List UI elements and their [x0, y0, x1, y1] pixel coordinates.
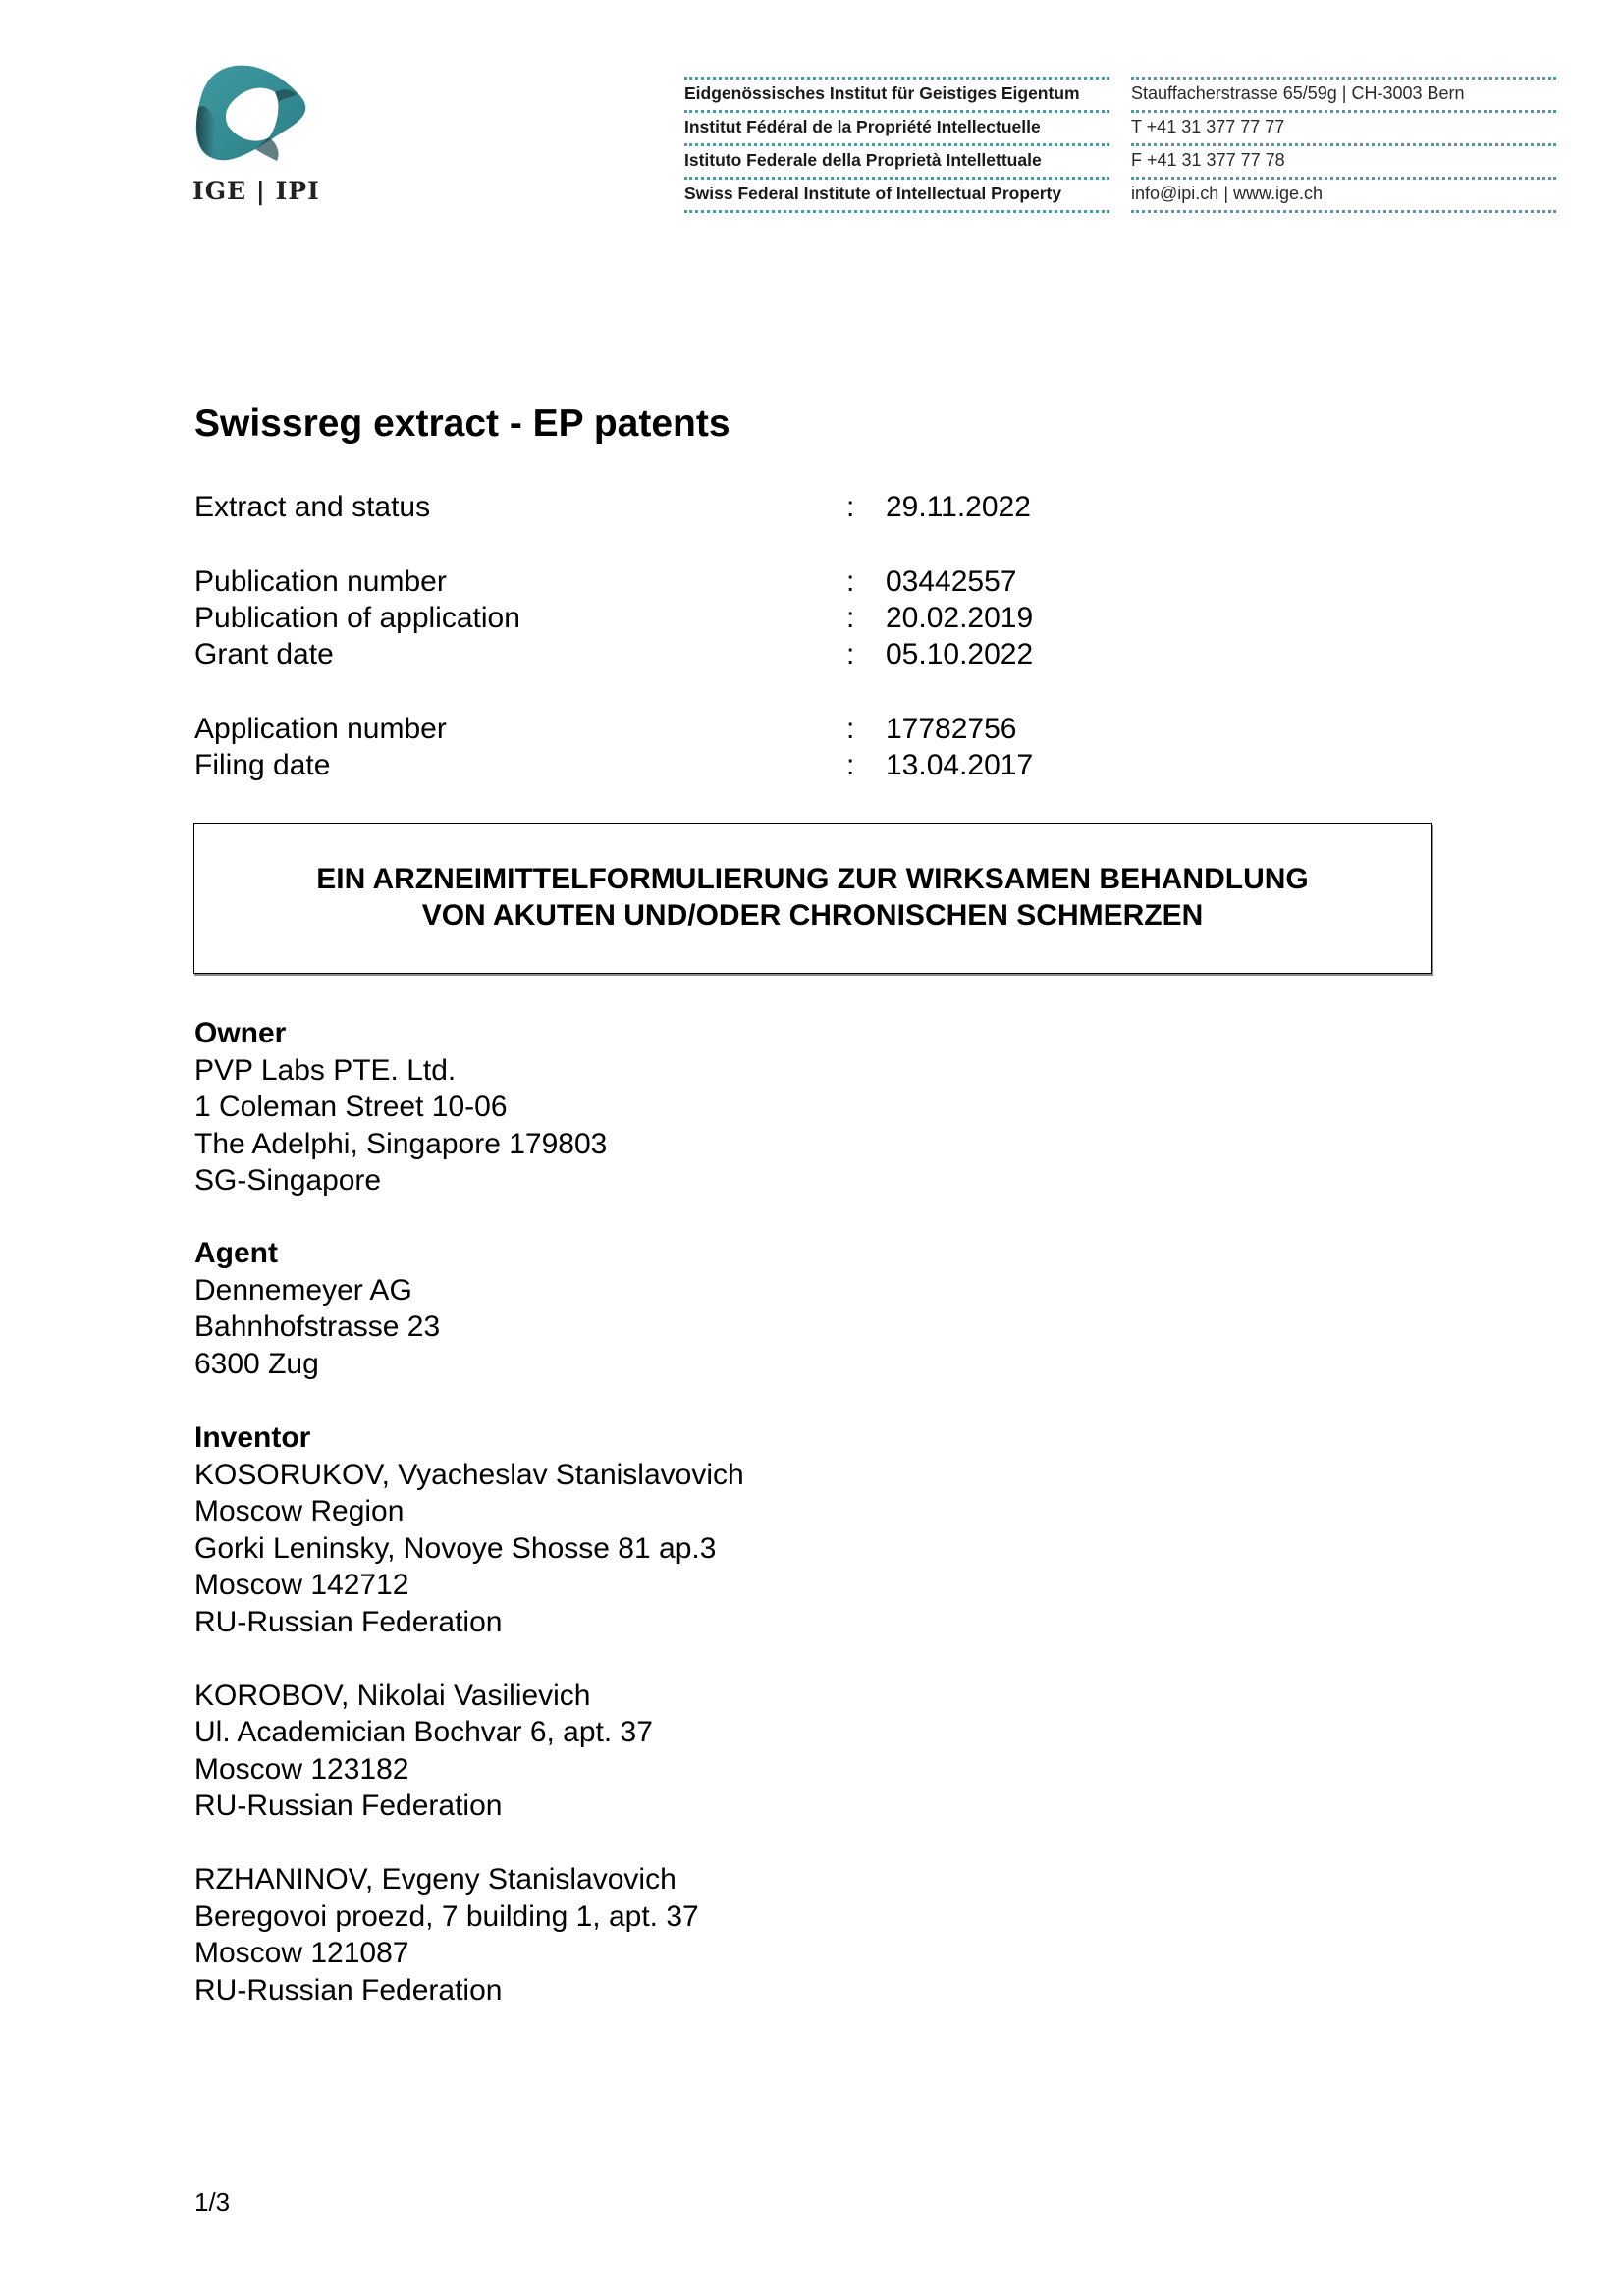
- inventor-entry: KOSORUKOV, Vyacheslav Stanislavovich Mos…: [194, 1457, 744, 1641]
- field-label: Filing date: [194, 747, 330, 783]
- field-value: 20.02.2019: [886, 600, 1033, 636]
- inventor-name: KOROBOV, Nikolai Vasilievich: [194, 1678, 744, 1715]
- field-value: 13.04.2017: [886, 747, 1033, 783]
- owner-line: PVP Labs PTE. Ltd.: [194, 1052, 607, 1090]
- field-value: 17782756: [886, 711, 1016, 747]
- ribbon-logo-icon: [192, 59, 310, 172]
- inventor-heading: Inventor: [194, 1419, 744, 1457]
- agent-line: 6300 Zug: [194, 1346, 440, 1383]
- inventor-entry: RZHANINOV, Evgeny Stanislavovich Beregov…: [194, 1861, 744, 2008]
- institute-names: Eidgenössisches Institut für Geistiges E…: [684, 77, 1109, 213]
- contact-fax: F +41 31 377 77 78: [1131, 143, 1556, 177]
- field-label: Extract and status: [194, 489, 430, 525]
- owner-line: 1 Coleman Street 10-06: [194, 1089, 607, 1126]
- page-title: Swissreg extract - EP patents: [194, 402, 730, 446]
- inventor-address-line: Gorki Leninsky, Novoye Shosse 81 ap.3: [194, 1530, 744, 1568]
- institute-name-de: Eidgenössisches Institut für Geistiges E…: [684, 77, 1109, 110]
- field-separator: :: [846, 747, 854, 783]
- contact-address: Stauffacherstrasse 65/59g | CH-3003 Bern: [1131, 77, 1556, 110]
- inventor-name: KOSORUKOV, Vyacheslav Stanislavovich: [194, 1457, 744, 1494]
- field-value: 03442557: [886, 563, 1016, 600]
- field-label: Publication number: [194, 563, 447, 600]
- contact-email-web: info@ipi.ch | www.ige.ch: [1131, 177, 1556, 213]
- inventor-address-line: Ul. Academician Bochvar 6, apt. 37: [194, 1714, 744, 1751]
- contact-phone: T +41 31 377 77 77: [1131, 110, 1556, 143]
- field-separator: :: [846, 489, 854, 525]
- field-label: Application number: [194, 711, 447, 747]
- agent-section: Agent Dennemeyer AG Bahnhofstrasse 23 63…: [194, 1235, 440, 1382]
- field-value: 29.11.2022: [886, 489, 1031, 525]
- inventor-address-line: RU-Russian Federation: [194, 1972, 744, 2009]
- inventor-address-line: Beregovoi proezd, 7 building 1, apt. 37: [194, 1898, 744, 1936]
- inventor-address-line: Moscow 123182: [194, 1751, 744, 1789]
- inventor-name: RZHANINOV, Evgeny Stanislavovich: [194, 1861, 744, 1898]
- field-separator: :: [846, 600, 854, 636]
- institute-name-it: Istituto Federale della Proprietà Intell…: [684, 143, 1109, 177]
- patent-title-box: EIN ARZNEIMITTELFORMULIERUNG ZUR WIRKSAM…: [193, 823, 1432, 974]
- owner-line: The Adelphi, Singapore 179803: [194, 1126, 607, 1163]
- agent-line: Bahnhofstrasse 23: [194, 1308, 440, 1346]
- institute-name-en: Swiss Federal Institute of Intellectual …: [684, 177, 1109, 213]
- patent-title-line: EIN ARZNEIMITTELFORMULIERUNG ZUR WIRKSAM…: [194, 861, 1431, 897]
- institute-name-fr: Institut Fédéral de la Propriété Intelle…: [684, 110, 1109, 143]
- owner-heading: Owner: [194, 1015, 607, 1052]
- ige-ipi-logo: IGE | IPI: [192, 59, 310, 208]
- owner-section: Owner PVP Labs PTE. Ltd. 1 Coleman Stree…: [194, 1015, 607, 1200]
- inventor-address-line: Moscow 142712: [194, 1567, 744, 1604]
- inventor-address-line: Moscow Region: [194, 1493, 744, 1530]
- field-label: Publication of application: [194, 600, 520, 636]
- field-separator: :: [846, 711, 854, 747]
- field-separator: :: [846, 636, 854, 672]
- field-separator: :: [846, 563, 854, 600]
- inventor-address-line: RU-Russian Federation: [194, 1604, 744, 1641]
- inventor-address-line: RU-Russian Federation: [194, 1788, 744, 1825]
- agent-heading: Agent: [194, 1235, 440, 1272]
- owner-line: SG-Singapore: [194, 1162, 607, 1200]
- inventor-address-line: Moscow 121087: [194, 1935, 744, 1972]
- field-value: 05.10.2022: [886, 636, 1033, 672]
- contact-info: Stauffacherstrasse 65/59g | CH-3003 Bern…: [1131, 77, 1556, 213]
- inventor-entry: KOROBOV, Nikolai Vasilievich Ul. Academi…: [194, 1678, 744, 1825]
- inventor-section: Inventor KOSORUKOV, Vyacheslav Stanislav…: [194, 1419, 744, 2046]
- patent-title-line: VON AKUTEN UND/ODER CHRONISCHEN SCHMERZE…: [194, 897, 1431, 934]
- logo-text: IGE | IPI: [192, 177, 312, 205]
- page-number: 1/3: [194, 2187, 230, 2217]
- field-label: Grant date: [194, 636, 334, 672]
- agent-line: Dennemeyer AG: [194, 1272, 440, 1309]
